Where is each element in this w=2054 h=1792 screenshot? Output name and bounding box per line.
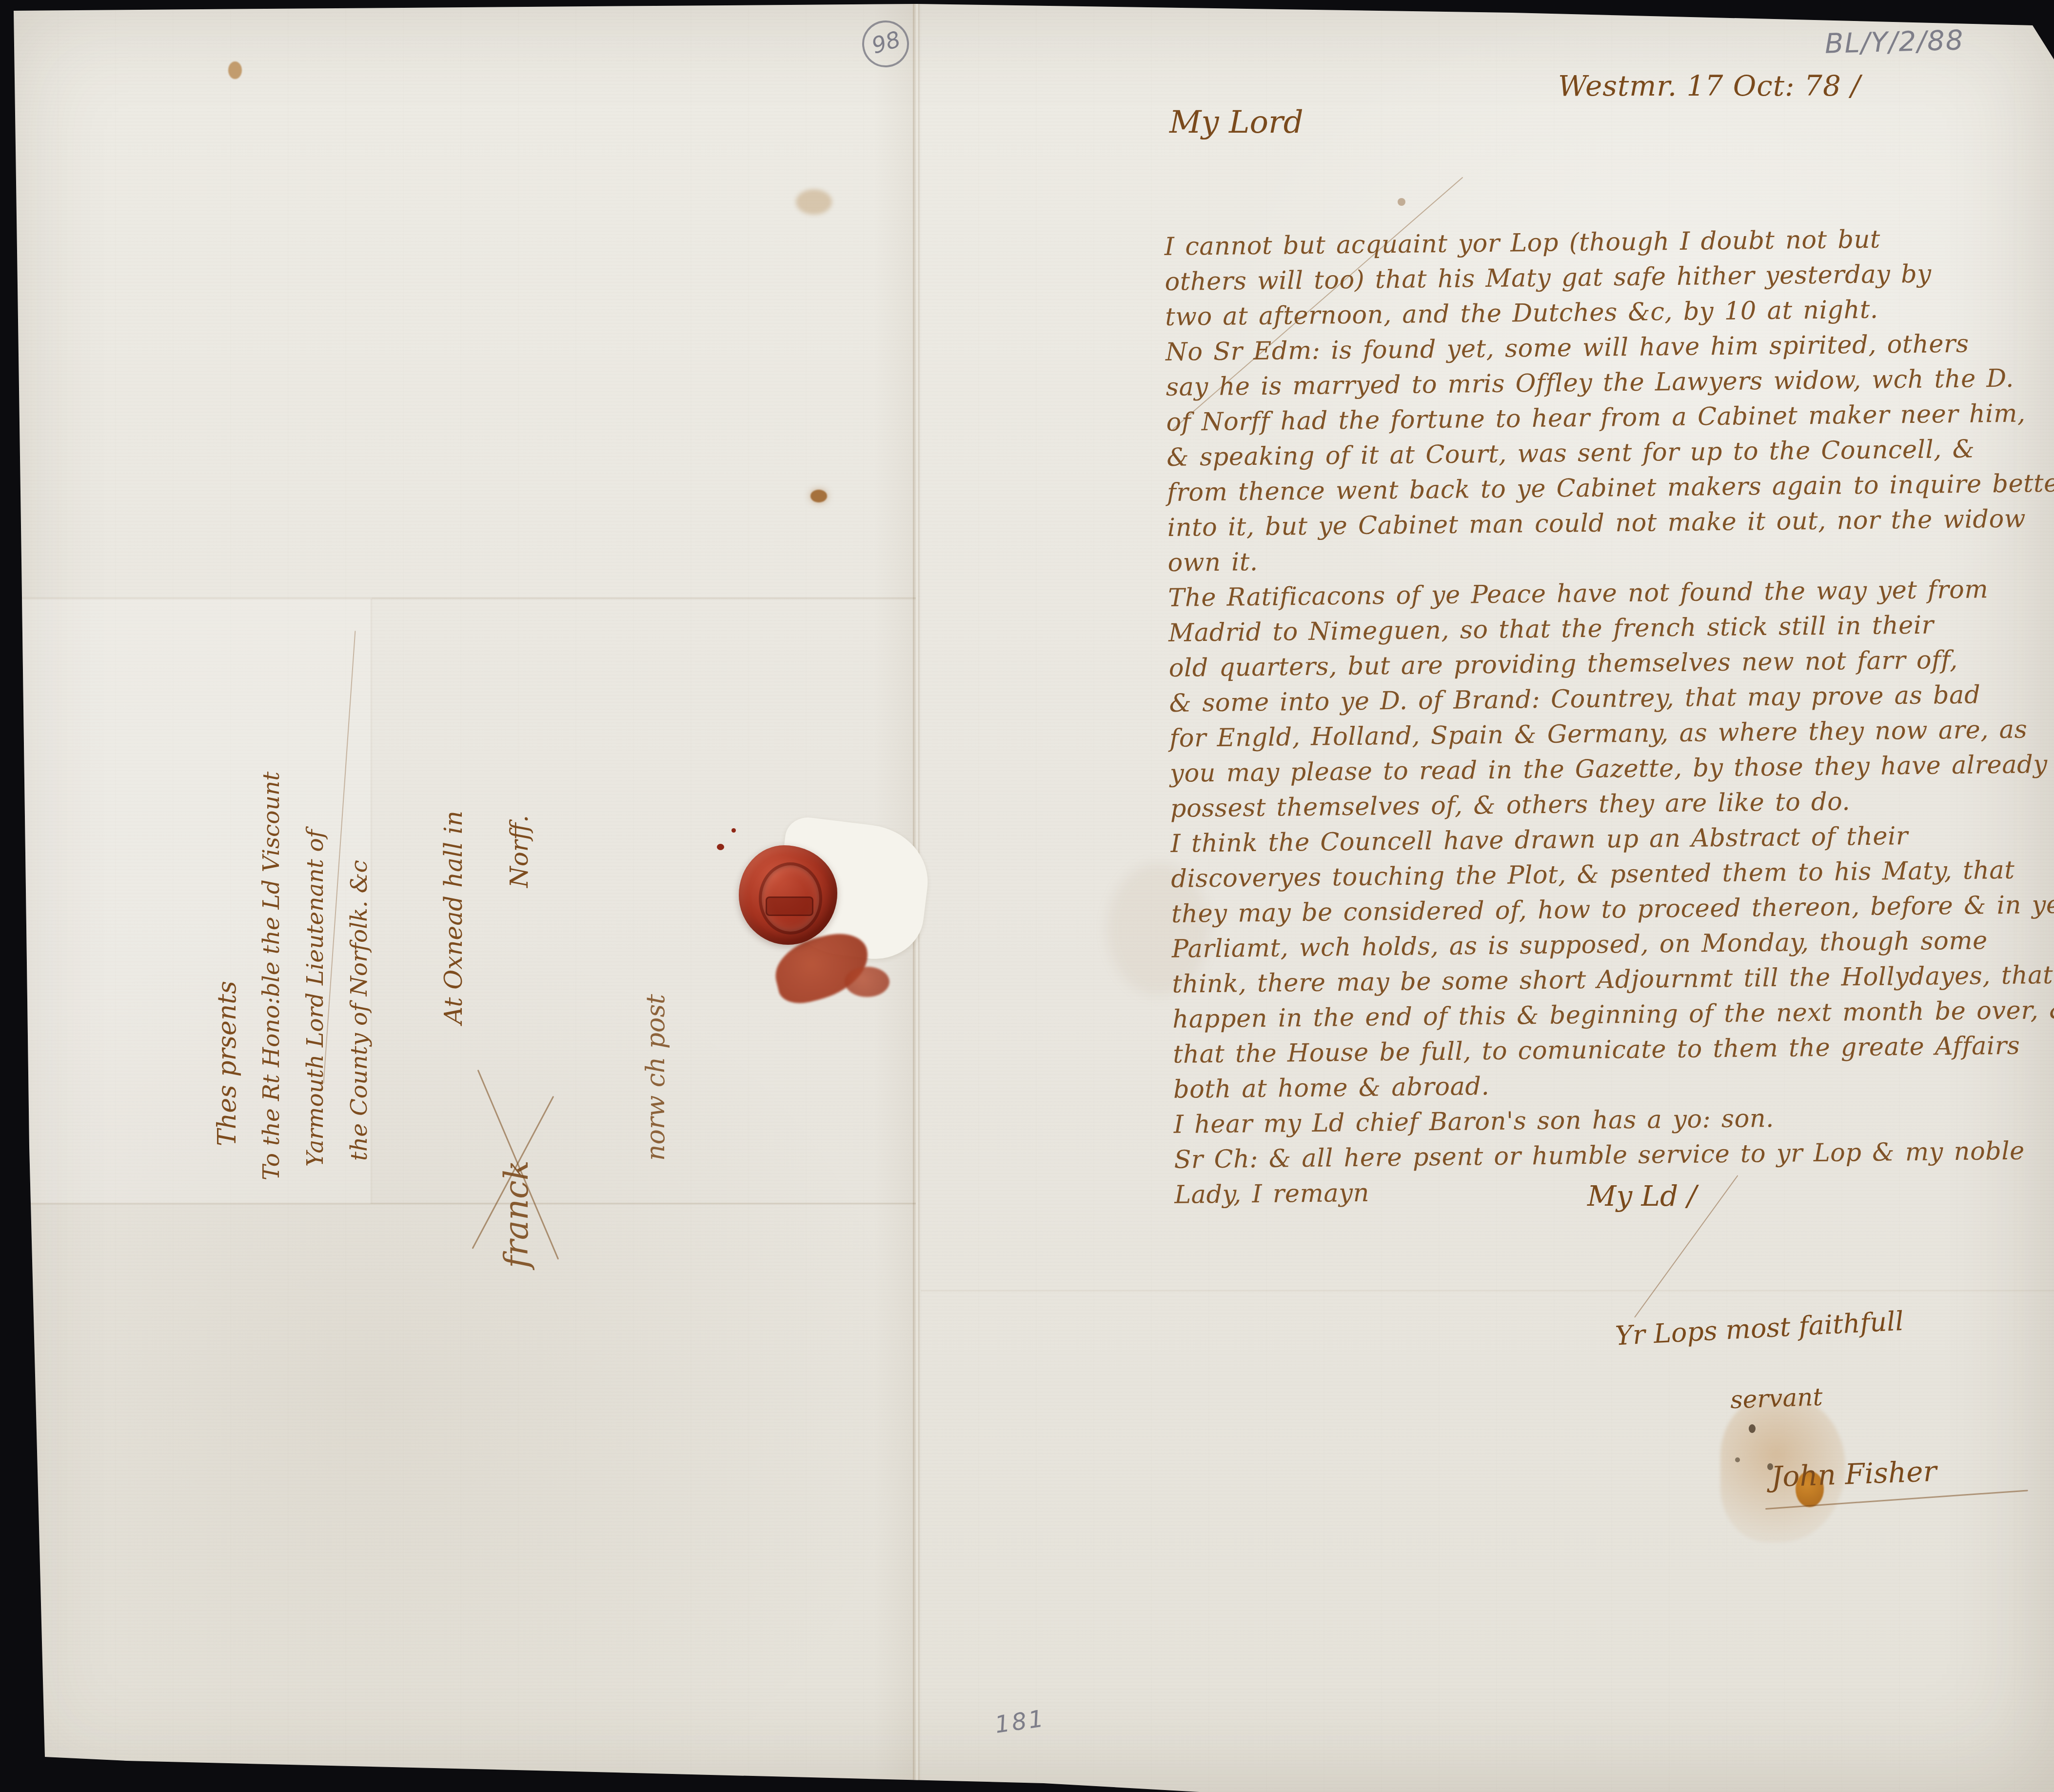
interim-address: My Ld / [1587, 1179, 1697, 1213]
wax-seal-impression-motif [766, 896, 813, 916]
dateline: Westmr. 17 Oct: 78 / [1558, 69, 1861, 102]
frank-word: franck [480, 1024, 553, 1268]
stain-speck [1735, 1457, 1740, 1462]
closing-line: servant [1730, 1383, 1823, 1414]
postal-note-block: norw ch post [627, 790, 685, 1161]
postal-note: norw ch post [627, 790, 685, 1161]
wax-fleck [731, 828, 736, 833]
archive-reference-pencil: BL/Y/2/88 [1824, 24, 1964, 60]
folio-number: 98 [869, 26, 903, 59]
address-line: Yarmouth Lord Lieutenant of [294, 619, 337, 1180]
wax-smear [845, 967, 889, 997]
wax-fleck [717, 844, 724, 850]
signature: John Fisher [1771, 1454, 1937, 1493]
fold-crease-horizontal-right [921, 1290, 2054, 1292]
frank-block: franck [480, 1024, 553, 1268]
closing-line: Yr Lops most faithfull [1615, 1306, 1904, 1352]
page-number-pencil: 181 [993, 1705, 1047, 1739]
address-line: To the Rt Hono:ble the Ld Viscount [250, 619, 294, 1180]
letter-sheet: Thes prsents To the Rt Hono:ble the Ld V… [0, 0, 2054, 1792]
address-location-line: Norff. [488, 624, 551, 1024]
address-line: the County of Norfolk. &c [337, 619, 381, 1180]
address-location-line: At Oxnead hall in [419, 624, 488, 1024]
salutation: My Lord [1169, 104, 1303, 140]
address-block: Thes prsents To the Rt Hono:ble the Ld V… [205, 619, 380, 1180]
address-line: Thes prsents [205, 619, 250, 1180]
fox-spot [228, 61, 242, 79]
address-location-block: At Oxnead hall in Norff. [419, 624, 556, 1024]
letter-body: I cannot but acquaint yor Lop (though I … [1164, 221, 2003, 1213]
fox-spot [1398, 198, 1405, 206]
fox-spot [810, 490, 827, 502]
fox-spot [796, 189, 832, 215]
stain-speck [1749, 1424, 1756, 1433]
